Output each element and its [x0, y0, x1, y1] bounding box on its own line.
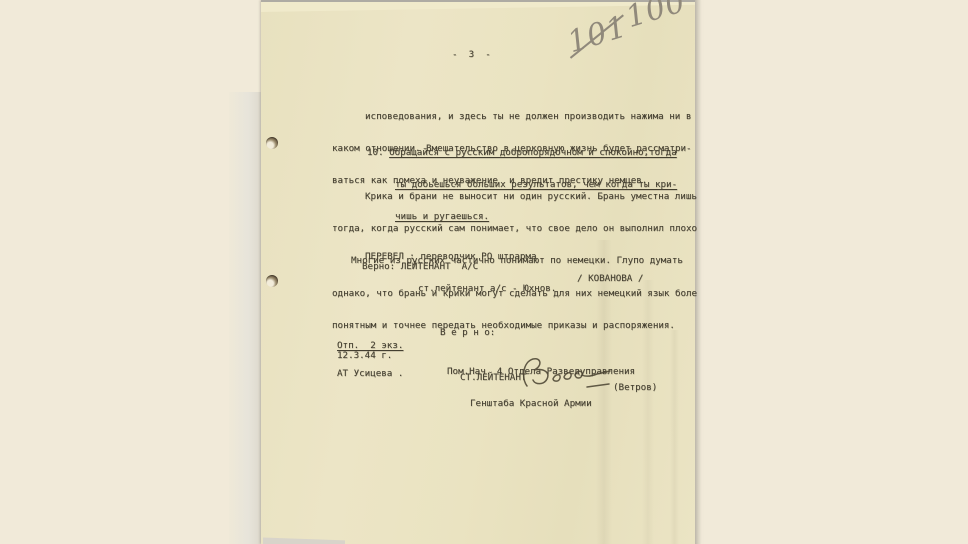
page-number: - 3 -	[452, 50, 491, 61]
vetrov-signature	[517, 352, 622, 396]
translator-block: ПЕРЕВЕЛ : переводчик РО штрарма ст.лейте…	[365, 230, 556, 316]
signer-name: (Ветров)	[613, 383, 657, 394]
scan-background: 101100 - 3 - исповедования, и здесь ты н…	[0, 0, 968, 544]
text-line: Крика и брани не выносит ни один русский…	[332, 192, 697, 203]
punch-hole-bottom	[266, 275, 278, 287]
typist-note: АТ Усицева .	[337, 369, 403, 380]
text-line: 10.Обращайся с русским добропорядочном и…	[367, 148, 677, 159]
date-note: 12.3.44 г.	[337, 351, 392, 362]
item-number: 10.	[367, 147, 384, 158]
certification-line: Верно: ЛЕЙТЕНАНТ А/С	[362, 262, 478, 273]
underlined-text: Обращайся с русским добропорядочном и сп…	[389, 147, 677, 158]
backing-sheet-edge	[229, 92, 262, 544]
text-line: понятным и точнее передать необходимые п…	[332, 321, 697, 332]
certifier-name: / КОВАНОВА /	[577, 274, 643, 285]
footer-verno: В е р н о:	[440, 328, 495, 339]
punch-hole-top	[266, 137, 278, 149]
translator-line: ст.лейтенант а/с - Юхнов.	[365, 284, 556, 295]
text-line: исповедования, и здесь ты не должен прои…	[332, 112, 692, 123]
office-line: Генштаба Красной Армии	[447, 399, 635, 410]
